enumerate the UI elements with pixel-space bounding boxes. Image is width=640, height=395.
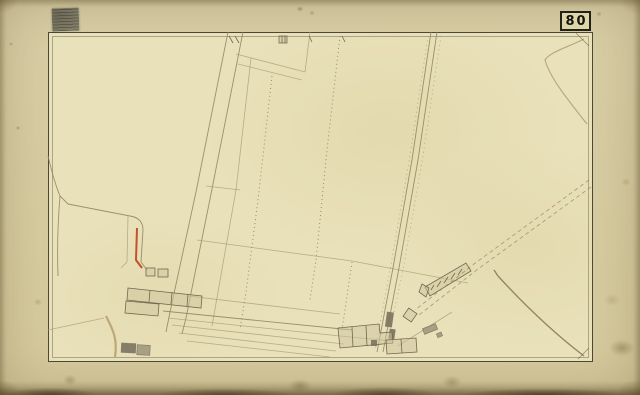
dotted-boundaries bbox=[240, 36, 352, 330]
hatched-building-small bbox=[422, 324, 442, 338]
sheet-number: 80 bbox=[565, 15, 587, 28]
hatched-building-long bbox=[419, 263, 471, 297]
main-road bbox=[166, 32, 251, 334]
farm-track bbox=[106, 316, 116, 357]
sheet-number-badge: 80 bbox=[560, 11, 591, 31]
railway-line bbox=[375, 32, 441, 352]
field-boundaries bbox=[188, 32, 468, 314]
curved-road-southeast bbox=[494, 270, 584, 356]
map-linework bbox=[0, 0, 640, 395]
map-sheet: 80 bbox=[0, 0, 640, 395]
left-buildings bbox=[121, 268, 202, 355]
ink-stamp bbox=[52, 8, 80, 32]
diamond-plot bbox=[403, 308, 417, 322]
curved-road-northeast bbox=[545, 39, 587, 124]
dashed-road bbox=[415, 180, 591, 315]
